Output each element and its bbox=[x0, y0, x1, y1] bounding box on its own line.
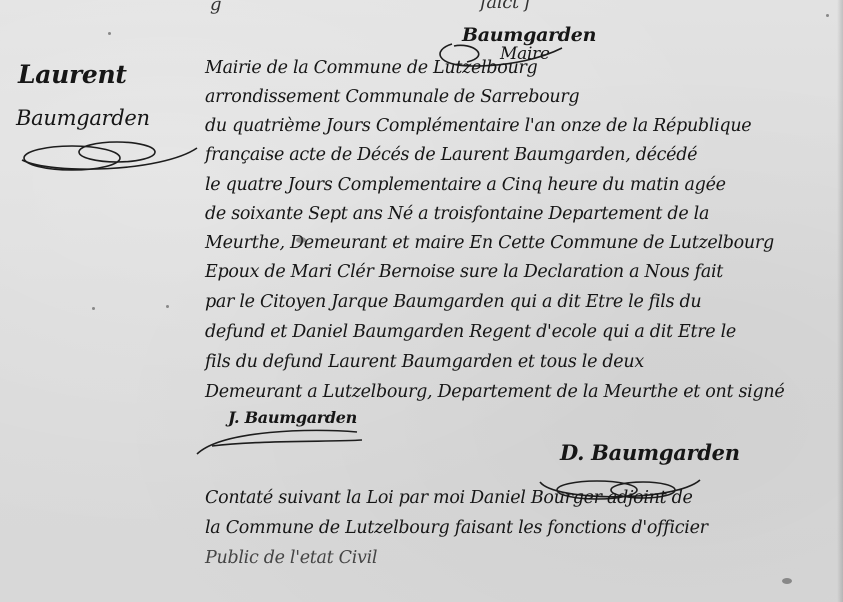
body-line-5: le quatre Jours Complementaire a Cinq he… bbox=[205, 175, 726, 195]
closing-line-1: Contaté suivant la Loi par moi Daniel Bo… bbox=[205, 488, 693, 508]
margin-given-name: Laurent bbox=[18, 60, 127, 89]
body-line-7: Meurthe, Demeurant et maire En Cette Com… bbox=[205, 233, 774, 253]
margin-surname: Baumgarden bbox=[16, 106, 150, 130]
body-line-11: fils du defund Laurent Baumgarden et tou… bbox=[205, 352, 644, 372]
body-line-12: Demeurant a Lutzelbourg, Departement de … bbox=[205, 382, 784, 402]
paper-speck bbox=[826, 14, 829, 17]
body-line-2: arrondissement Communale de Sarrebourg bbox=[205, 87, 579, 107]
body-line-1: Mairie de la Commune de Lutzelbourg bbox=[205, 58, 537, 78]
scanned-document-page: g faict f Baumgarden Maire Laurent Baumg… bbox=[0, 0, 843, 602]
closing-line-3: Public de l'etat Civil bbox=[205, 548, 377, 568]
body-line-6: de soixante Sept ans Né a troisfontaine … bbox=[205, 204, 709, 224]
body-line-8: Epoux de Mari Clér Bernoise sure la Decl… bbox=[205, 262, 723, 282]
witness-signature-left: J. Baumgarden bbox=[228, 408, 357, 427]
mayor-signature-name: Baumgarden bbox=[462, 24, 596, 46]
ink-blot bbox=[296, 237, 306, 243]
page-edge-shadow bbox=[837, 0, 843, 602]
body-line-9: par le Citoyen Jarque Baumgarden qui a d… bbox=[205, 292, 701, 312]
paper-speck bbox=[166, 305, 169, 308]
paper-speck bbox=[92, 307, 95, 310]
top-fragment-glyph: g bbox=[210, 0, 221, 15]
body-line-10: defund et Daniel Baumgarden Regent d'eco… bbox=[205, 322, 736, 342]
top-fragment-text: faict f bbox=[480, 0, 531, 13]
body-line-3: du quatrième Jours Complémentaire l'an o… bbox=[205, 116, 751, 136]
margin-flourish-icon bbox=[12, 130, 202, 180]
ink-blot bbox=[782, 578, 792, 584]
body-line-4: française acte de Décés de Laurent Baumg… bbox=[205, 145, 697, 165]
witness-signature-right: D. Baumgarden bbox=[560, 440, 740, 465]
paper-speck bbox=[108, 32, 111, 35]
closing-line-2: la Commune de Lutzelbourg faisant les fo… bbox=[205, 518, 708, 538]
